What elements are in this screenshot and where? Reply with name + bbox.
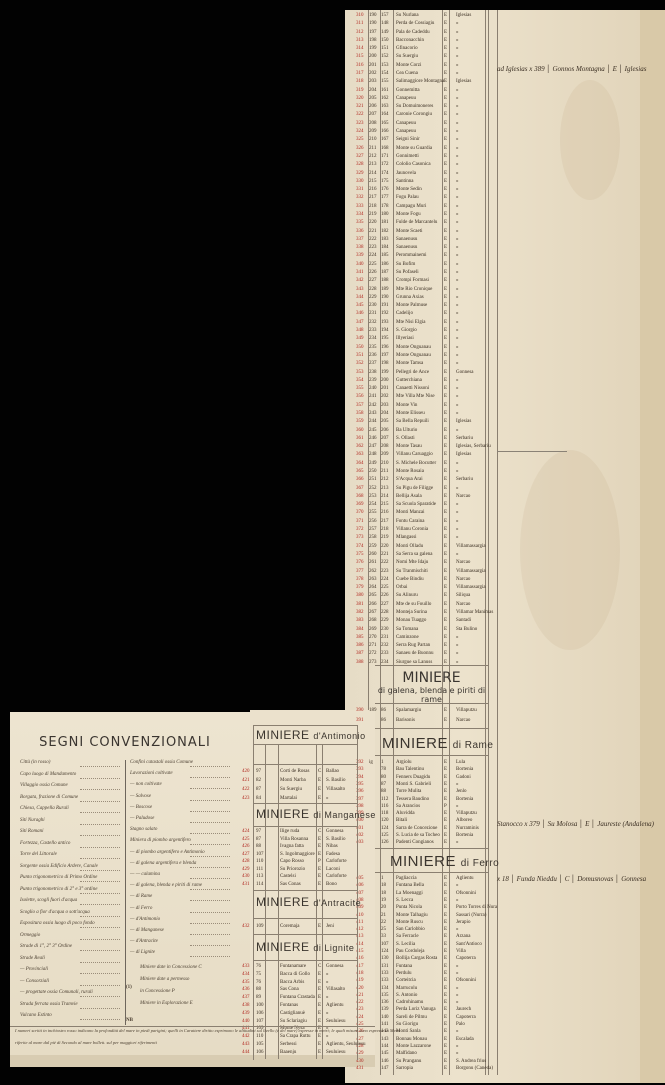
leader-dots <box>80 996 120 997</box>
legend-item: Vulcano Estinto <box>20 1013 52 1018</box>
table-cell: E <box>444 1050 447 1057</box>
leader-dots <box>80 893 120 894</box>
table-cell: 230 <box>381 626 389 634</box>
table-cell: 359 <box>356 418 364 426</box>
table-cell: 198 <box>381 360 389 368</box>
table-cell: Su Pranganu <box>396 1058 421 1065</box>
table-cell: Cololio Casonica <box>396 161 431 169</box>
table-cell: Bitali <box>396 817 407 824</box>
table-cell: 365 <box>356 468 364 476</box>
table-cell: 192 <box>381 310 389 318</box>
table-cell: Jaunovela <box>396 170 416 178</box>
table-cell: E <box>444 70 447 78</box>
table-cell: Pellegri de Ance <box>396 369 429 377</box>
title-sub: d'Antracite <box>313 898 361 908</box>
table-cell: E <box>444 485 447 493</box>
table-cell: E <box>318 873 321 881</box>
table-cell: 125 <box>381 832 389 839</box>
table-cell: » <box>456 650 459 658</box>
table-cell: » <box>456 534 459 542</box>
table-cell: S. Antonio <box>396 992 417 999</box>
table-cell: Perommainemi <box>396 252 427 260</box>
table-cell: 387 <box>356 650 364 658</box>
table-cell: E <box>444 919 447 926</box>
legend-item: — — calamina <box>130 872 160 877</box>
table-cell: » <box>456 161 459 169</box>
table-cell: Ballao <box>326 767 339 776</box>
table-cell: 323 <box>356 120 364 128</box>
leader-dots <box>80 824 120 825</box>
table-cell: 212 <box>369 153 377 161</box>
table-cell: 118 <box>381 810 388 817</box>
table-cell: S. Lecca <box>396 897 413 904</box>
table-cell: Bonnau Monau <box>396 1036 427 1043</box>
table-cell: E <box>444 369 447 377</box>
legend-item: Capo luogo di Mandamento <box>20 772 76 777</box>
leader-dots <box>80 870 120 871</box>
table-cell: E <box>444 955 447 962</box>
table-cell: Fadesa <box>326 851 340 859</box>
table-cell: » <box>456 839 459 846</box>
table-cell: 133 <box>381 977 389 984</box>
table-cell: E <box>444 551 447 559</box>
table-cell: Monte Onguanau <box>396 344 431 352</box>
table-cell: Canapeuu <box>396 128 416 136</box>
footnote-line: riferite al mare dal piè di Secondo al m… <box>15 1040 157 1045</box>
table-cell: E <box>318 776 321 785</box>
table-cell: Caronie Corongiu <box>396 111 432 119</box>
table-cell: 22 <box>381 919 386 926</box>
table-cell: 82 <box>256 776 261 785</box>
table-cell: Gonnimetti <box>396 153 419 161</box>
table-cell: » <box>456 1043 459 1050</box>
table-cell: 126 <box>381 839 389 846</box>
table-cell: S. Basilio <box>326 776 345 785</box>
table-cell: 313 <box>356 37 364 45</box>
table-cell: E <box>444 45 447 53</box>
table-cell: 207 <box>381 435 389 443</box>
table-cell: 319 <box>356 87 364 95</box>
table-cell: S. Basilio <box>326 836 345 844</box>
table-cell: Salimaggiore Montagna <box>396 78 444 86</box>
annotation-comune: Domusnovas <box>577 875 613 883</box>
leader-dots <box>80 1008 120 1009</box>
annotation-name: Funda Nieddu <box>517 875 557 883</box>
table-cell: Aglientu <box>326 1002 344 1010</box>
table-cell: 324 <box>356 128 364 136</box>
table-cell: Monti Olladu <box>396 543 423 551</box>
table-cell: 227 <box>381 601 389 609</box>
table-cell: 223 <box>381 568 389 576</box>
table-cell: 86 <box>381 716 386 726</box>
table-cell: » <box>456 642 459 650</box>
legend-item: Espositura ossia luogo di poco fondo <box>20 921 95 926</box>
table-cell: 369 <box>356 501 364 509</box>
annotation-3: x 18 │ Funda Nieddu │ C │ Domusnovas │ G… <box>497 875 646 883</box>
table-cell: 88 <box>256 843 261 851</box>
table-cell: Monte Palmuse <box>396 302 427 310</box>
table-cell: E <box>444 796 447 803</box>
table-cell: E <box>444 501 447 509</box>
table-cell: 33 <box>381 933 386 940</box>
table-cell: » <box>456 335 459 343</box>
table-cell: 25 <box>381 926 386 933</box>
table-cell: » <box>456 509 459 517</box>
table-cell: 367 <box>356 485 364 493</box>
table-cell: 184 <box>381 244 389 252</box>
table-cell: E <box>444 120 447 128</box>
table-cell: 248 <box>369 451 377 459</box>
footnote-line: I numeri scritti in inchiostro rosso ind… <box>15 1028 400 1033</box>
table-cell: 209 <box>369 128 377 136</box>
table-cell: Alboreo <box>456 817 472 824</box>
table-cell: 219 <box>369 211 377 219</box>
table-cell: E <box>444 948 447 955</box>
legend-item: Strade Reali <box>20 956 45 961</box>
leader-dots <box>80 835 120 836</box>
table-cell: 378 <box>356 576 364 584</box>
table-cell: 226 <box>369 269 377 277</box>
paper-stain <box>560 80 620 200</box>
table-cell: Bortenia <box>456 796 473 803</box>
title-sub: di galena, blenda e piriti di rame <box>375 686 488 704</box>
table-cell: 216 <box>381 509 389 517</box>
table-cell: Bortenia <box>456 766 473 773</box>
annotation-code: E <box>613 65 617 73</box>
table-cell: 144 <box>381 1043 389 1050</box>
table-cell: 164 <box>381 111 389 119</box>
table-cell: Monti S. Gabrieli <box>396 781 431 788</box>
table-cell: E <box>318 881 321 889</box>
table-cell: 87 <box>256 785 261 794</box>
table-cell: » <box>326 1010 329 1018</box>
table-cell: Bortenia <box>456 832 473 839</box>
legend-item: Punto trigonometrico di 2° e 3° ordine <box>20 887 97 892</box>
table-cell: Fogu Palau <box>396 194 419 202</box>
legend-item: Chiesa, Cappella Rurali <box>20 806 69 811</box>
title-sub: di Manganese <box>313 810 376 820</box>
annotation-ref: ad Iglesias x 389 <box>497 65 545 73</box>
table-cell: 208 <box>369 120 377 128</box>
table-cell: Sa Serra sa galena <box>396 551 433 559</box>
table-cell: Gutterchiana <box>396 377 422 385</box>
table-cell: Su Pofaseli <box>396 269 419 277</box>
table-cell: 189 <box>369 706 377 716</box>
table-cell: 263 <box>369 576 377 584</box>
title-main: MINIERE <box>256 807 310 821</box>
table-cell: Fenners Duagidu <box>396 774 430 781</box>
table-cell: 87 <box>256 836 261 844</box>
table-cell: 193 <box>381 319 389 327</box>
table-cell: 249 <box>369 460 377 468</box>
table-cell: Pau Cordoleja <box>396 948 424 955</box>
table-cell: 203 <box>369 78 377 86</box>
table-cell: E <box>444 111 447 119</box>
table-cell: E <box>444 219 447 227</box>
table-cell: » <box>456 145 459 153</box>
table-cell: E <box>444 493 447 501</box>
table-cell: 220 <box>381 543 389 551</box>
leader-dots <box>80 927 120 928</box>
leader-dots <box>80 812 120 813</box>
table-cell: 341 <box>356 269 364 277</box>
table-cell: 312 <box>356 29 364 37</box>
table-cell: E <box>444 1028 447 1035</box>
table-cell: 349 <box>356 335 364 343</box>
table-cell: Monte Scaeti <box>396 228 423 236</box>
table-cell: 20 <box>381 904 386 911</box>
table-cell: Monti Manzai <box>396 509 424 517</box>
table-cell: » <box>456 178 459 186</box>
leader-dots <box>190 867 230 868</box>
table-cell: 207 <box>369 111 377 119</box>
table-cell: E <box>444 410 447 418</box>
table-cell: Crompi Formasi <box>396 277 429 285</box>
annotation-ref: x 18 <box>497 875 509 883</box>
table-cell: Monte Corzi <box>396 62 421 70</box>
table-cell: 325 <box>356 136 364 144</box>
table-cell: Narcao <box>456 493 470 501</box>
table-cell: E <box>444 781 447 788</box>
table-cell: » <box>456 518 459 526</box>
table-cell: 130 <box>381 955 389 962</box>
table-cell: Funtanamare <box>280 963 306 971</box>
table-cell: 86 <box>381 706 386 716</box>
table-cell: 262 <box>369 568 377 576</box>
table-cell: 163 <box>381 103 389 111</box>
table-cell: E <box>444 476 447 484</box>
table-cell: Monte Ruscu <box>396 919 423 926</box>
table-cell: Villasalto <box>326 986 345 994</box>
table-cell: Grunna Axias <box>396 294 424 302</box>
table-cell: 84 <box>256 794 261 803</box>
table-cell: 385 <box>356 634 364 642</box>
table-cell: E <box>318 843 321 851</box>
table-cell: 336 <box>356 228 364 236</box>
table-cell: 271 <box>369 642 377 650</box>
table-cell: » <box>456 186 459 194</box>
table-cell: 87 <box>381 781 386 788</box>
table-cell: E <box>444 302 447 310</box>
legend-item: Città (in rosso) <box>20 760 50 765</box>
table-cell: » <box>456 120 459 128</box>
table-cell: 229 <box>369 294 377 302</box>
annotation-comune: Jaureste (Andalena) <box>597 820 654 828</box>
table-cell: Perda Loriz Vanuga <box>396 1006 436 1013</box>
table-cell: E <box>444 360 447 368</box>
leader-dots <box>190 788 230 789</box>
table-cell: E <box>444 12 447 20</box>
table-cell: Monteja Surina <box>396 609 427 617</box>
table-cell: 107 <box>381 941 389 948</box>
legend-item: Miniera di piombo argentifero <box>130 838 191 843</box>
table-cell: E <box>444 576 447 584</box>
table-cell: 379 <box>356 584 364 592</box>
table-cell: 383 <box>356 617 364 625</box>
leader-dots <box>190 800 230 801</box>
table-cell: Canapeuu <box>396 120 416 128</box>
table-cell: E <box>444 78 447 86</box>
leader-dots <box>190 934 230 935</box>
table-cell: 224 <box>381 576 389 584</box>
table-cell: 356 <box>356 393 364 401</box>
table-cell: E <box>444 1065 447 1072</box>
table-cell: E <box>444 1014 447 1021</box>
table-border <box>253 918 358 919</box>
table-cell: » <box>456 37 459 45</box>
table-cell: Aluvidda <box>396 810 415 817</box>
table-cell: 182 <box>381 228 389 236</box>
legend-item: — di piombo argentifero e Antimonio <box>130 850 205 855</box>
table-cell: Monte Talhagiu <box>396 912 428 919</box>
table-border <box>253 764 358 765</box>
table-cell: 245 <box>369 427 377 435</box>
bracket-item: Miniere date in Concessione C <box>140 965 202 970</box>
table-cell: Porto Torres di Nura <box>456 904 497 911</box>
table-cell: » <box>456 103 459 111</box>
table-cell: E <box>444 825 447 832</box>
table-cell: 363 <box>356 451 364 459</box>
table-cell: 343 <box>356 286 364 294</box>
legend-item: — d'Antimonio <box>130 917 160 922</box>
table-cell: » <box>456 385 459 393</box>
table-cell: Malfidano <box>396 1050 417 1057</box>
legend-item: — Provinciali <box>20 967 48 972</box>
table-cell: 255 <box>369 509 377 517</box>
table-cell: 270 <box>369 634 377 642</box>
table-cell: 204 <box>381 410 389 418</box>
table-cell: » <box>456 352 459 360</box>
table-cell: 348 <box>356 327 364 335</box>
leader-dots <box>190 878 230 879</box>
legend-item: — di Rame <box>130 894 152 899</box>
leader-dots <box>80 789 120 790</box>
table-cell: » <box>456 410 459 418</box>
table-cell: E <box>318 866 321 874</box>
table-cell: Serra Rug Partan <box>396 642 430 650</box>
table-cell: E <box>444 352 447 360</box>
legend-item: Sorgente ossia Edificio Ardere, Canale <box>20 864 98 869</box>
table-cell: Su Pigu de Filigge <box>396 485 433 493</box>
table-cell: S. Ingolmaggiore <box>280 851 315 859</box>
table-cell: 213 <box>381 485 389 493</box>
table-cell: E <box>444 642 447 650</box>
leader-dots <box>80 847 120 848</box>
leader-dots <box>190 945 230 946</box>
table-cell: 208 <box>381 443 389 451</box>
table-cell: E <box>444 178 447 186</box>
table-cell: 314 <box>356 45 364 53</box>
table-cell: 236 <box>369 352 377 360</box>
table-cell: 230 <box>369 302 377 310</box>
table-cell: 1 <box>381 875 384 882</box>
annotation-comune: Iglesias <box>625 65 647 73</box>
table-cell: E <box>444 817 447 824</box>
table-cell: E <box>444 933 447 940</box>
table-cell: » <box>456 310 459 318</box>
table-cell: » <box>456 269 459 277</box>
table-cell: 352 <box>356 360 364 368</box>
table-cell: E <box>444 626 447 634</box>
annotation-1: ad Iglesias x 389 │ Gonnos Montagna │ E … <box>497 65 646 73</box>
table-cell: Villaputzu <box>456 810 477 817</box>
legend-item: — d'Antracite <box>130 939 158 944</box>
table-cell: 382 <box>356 609 364 617</box>
title-main: MINIERE <box>375 670 488 686</box>
table-cell: Fontanas <box>280 1002 298 1010</box>
rame-table-title: MINIERE di Rame <box>382 735 493 752</box>
table-cell: Monte Elisseu <box>396 410 425 418</box>
table-cell: E <box>444 543 447 551</box>
leader-dots <box>190 900 230 901</box>
table-cell: 224 <box>369 252 377 260</box>
table-cell: E <box>444 53 447 61</box>
table-cell: 216 <box>369 186 377 194</box>
table-cell: E <box>318 836 321 844</box>
table-cell: Iglesias, Serbariu <box>456 443 491 451</box>
table-cell: 226 <box>381 592 389 600</box>
table-cell: E <box>444 617 447 625</box>
leader-dots <box>80 881 120 882</box>
table-cell: 211 <box>369 145 376 153</box>
table-cell: 370 <box>356 509 364 517</box>
table-cell: Bono <box>326 881 337 889</box>
table-cell: 88 <box>256 986 261 994</box>
leader-dots <box>190 777 230 778</box>
table-cell: » <box>456 781 459 788</box>
title-main: MINIERE <box>256 728 310 742</box>
table-cell: 331 <box>356 186 364 194</box>
table-cell: Gonnesa <box>456 369 474 377</box>
table-cell: 315 <box>356 53 364 61</box>
table-cell: Escalada <box>456 1036 474 1043</box>
table-cell: Villanu Caruaggio <box>396 451 433 459</box>
table-cell: 168 <box>381 145 389 153</box>
table-cell: Monte Lazzarone <box>396 1043 431 1050</box>
table-cell: 133 <box>381 970 389 977</box>
table-cell: 190 <box>369 12 377 20</box>
table-cell: 218 <box>381 526 389 534</box>
table-cell: » <box>456 882 459 889</box>
legend-item: Borgata, frazione di Comune <box>20 795 78 800</box>
table-cell: E <box>444 1006 447 1013</box>
table-cell: Villamassargia <box>456 584 486 592</box>
table-cell: E <box>444 890 447 897</box>
table-cell: 187 <box>381 269 389 277</box>
table-cell: Aglientu <box>456 875 474 882</box>
table-cell: » <box>456 252 459 260</box>
table-cell: E <box>444 252 447 260</box>
table-cell: E <box>318 1002 321 1010</box>
table-cell: Narcao <box>456 716 470 726</box>
table-cell: 202 <box>369 70 377 78</box>
table-cell: 374 <box>356 543 364 551</box>
legend-item: Siti Romani <box>20 829 43 834</box>
table-cell: E <box>444 1058 447 1065</box>
table-cell: Canapeuu <box>396 95 416 103</box>
leader-dots <box>190 844 230 845</box>
table-cell: 188 <box>381 277 389 285</box>
table-cell: 373 <box>356 534 364 542</box>
table-cell: 167 <box>381 136 389 144</box>
table-cell: Monte Rosaia <box>396 468 424 476</box>
table-cell: E <box>444 977 447 984</box>
table-cell: E <box>444 344 447 352</box>
table-cell: Carloforte <box>326 873 347 881</box>
table-cell: 78 <box>381 766 386 773</box>
table-cell: E <box>444 451 447 459</box>
table-cell: 318 <box>356 78 364 86</box>
